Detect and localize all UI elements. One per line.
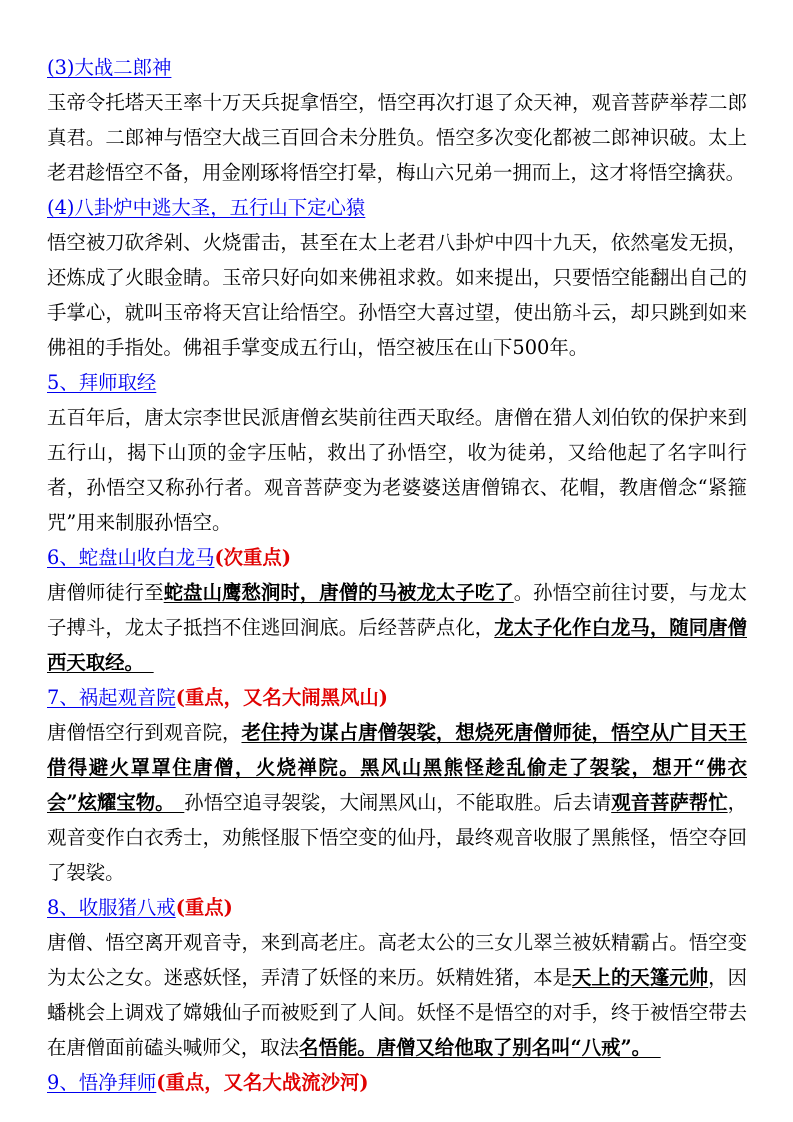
document-section: 6、蛇盘山收白龙马(次重点)唐僧师徒行至蛇盘山鹰愁涧时，唐僧的马被龙太子吃了。孙… xyxy=(47,540,747,680)
section-paragraph: 五百年后，唐太宗李世民派唐僧玄奘前往西天取经。唐僧在猎人刘伯钦的保护来到五行山，… xyxy=(47,400,747,540)
document-page: (3)大战二郎神玉帝令托塔天王率十万天兵捉拿悟空，悟空再次打退了众天神，观音菩萨… xyxy=(0,0,793,1122)
section-heading-link[interactable]: (4)八卦炉中逃大圣，五行山下定心猿 xyxy=(47,196,365,219)
body-text-run: 五百年后，唐太宗李世民派唐僧玄奘前往西天取经。唐僧在猎人刘伯钦的保护来到五行山，… xyxy=(47,406,747,534)
body-text-run: 玉帝令托塔天王率十万天兵捉拿悟空，悟空再次打退了众天神，观音菩萨举荐二郎真君。二… xyxy=(47,91,747,184)
body-text-run: 孙悟空追寻袈裟，大闹黑风山，不能取胜。后去请 xyxy=(184,791,611,814)
section-heading: (4)八卦炉中逃大圣，五行山下定心猿 xyxy=(47,190,747,225)
highlight-text-run: 天上的天篷元帅 xyxy=(572,966,708,989)
body-text-run: 唐僧悟空行到观音院， xyxy=(47,721,241,744)
section-heading: 8、收服猪八戒(重点) xyxy=(47,890,747,925)
document-section: 9、悟净拜师(重点，又名大战流沙河) xyxy=(47,1065,747,1100)
heading-importance-annotation: (次重点) xyxy=(214,546,291,569)
document-section: 7、祸起观音院(重点，又名大闹黑风山)唐僧悟空行到观音院，老住持为谋占唐僧袈裟，… xyxy=(47,680,747,890)
section-heading-link[interactable]: 9、悟净拜师 xyxy=(47,1071,156,1094)
section-paragraph: 唐僧师徒行至蛇盘山鹰愁涧时，唐僧的马被龙太子吃了。孙悟空前往讨要，与龙太子搏斗，… xyxy=(47,575,747,680)
section-heading: 6、蛇盘山收白龙马(次重点) xyxy=(47,540,747,575)
document-section: (4)八卦炉中逃大圣，五行山下定心猿悟空被刀砍斧剁、火烧雷击，甚至在太上老君八卦… xyxy=(47,190,747,365)
highlight-text-run: 名悟能。唐僧又给他取了别名叫“八戒”。 xyxy=(299,1036,661,1059)
heading-importance-annotation: (重点，又名大战流沙河) xyxy=(156,1071,368,1094)
heading-importance-annotation: (重点) xyxy=(176,896,233,919)
section-paragraph: 悟空被刀砍斧剁、火烧雷击，甚至在太上老君八卦炉中四十九天，依然毫发无损，还炼成了… xyxy=(47,225,747,365)
document-section: 8、收服猪八戒(重点)唐僧、悟空离开观音寺，来到高老庄。高老太公的三女儿翠兰被妖… xyxy=(47,890,747,1065)
body-text-run: 唐僧师徒行至 xyxy=(47,581,164,604)
section-heading-link[interactable]: (3)大战二郎神 xyxy=(47,56,171,79)
document-content: (3)大战二郎神玉帝令托塔天王率十万天兵捉拿悟空，悟空再次打退了众天神，观音菩萨… xyxy=(47,50,747,1100)
section-paragraph: 唐僧、悟空离开观音寺，来到高老庄。高老太公的三女儿翠兰被妖精霸占。悟空变为太公之… xyxy=(47,925,747,1065)
section-paragraph: 唐僧悟空行到观音院，老住持为谋占唐僧袈裟，想烧死唐僧师徒，悟空从广目天王借得避火… xyxy=(47,715,747,890)
document-section: 5、拜师取经五百年后，唐太宗李世民派唐僧玄奘前往西天取经。唐僧在猎人刘伯钦的保护… xyxy=(47,365,747,540)
heading-importance-annotation: (重点，又名大闹黑风山) xyxy=(176,686,388,709)
highlight-text-run: 蛇盘山鹰愁涧时，唐僧的马被龙太子吃了 xyxy=(164,581,514,604)
section-heading-link[interactable]: 7、祸起观音院 xyxy=(47,686,176,709)
section-heading: 9、悟净拜师(重点，又名大战流沙河) xyxy=(47,1065,747,1100)
section-heading-link[interactable]: 8、收服猪八戒 xyxy=(47,896,176,919)
section-heading-link[interactable]: 6、蛇盘山收白龙马 xyxy=(47,546,214,569)
section-heading: 5、拜师取经 xyxy=(47,365,747,400)
section-heading: 7、祸起观音院(重点，又名大闹黑风山) xyxy=(47,680,747,715)
document-section: (3)大战二郎神玉帝令托塔天王率十万天兵捉拿悟空，悟空再次打退了众天神，观音菩萨… xyxy=(47,50,747,190)
highlight-text-run: 观音菩萨帮忙 xyxy=(611,791,727,814)
section-heading: (3)大战二郎神 xyxy=(47,50,747,85)
body-text-run: 悟空被刀砍斧剁、火烧雷击，甚至在太上老君八卦炉中四十九天，依然毫发无损，还炼成了… xyxy=(47,231,747,359)
section-heading-link[interactable]: 5、拜师取经 xyxy=(47,371,156,394)
section-paragraph: 玉帝令托塔天王率十万天兵捉拿悟空，悟空再次打退了众天神，观音菩萨举荐二郎真君。二… xyxy=(47,85,747,190)
